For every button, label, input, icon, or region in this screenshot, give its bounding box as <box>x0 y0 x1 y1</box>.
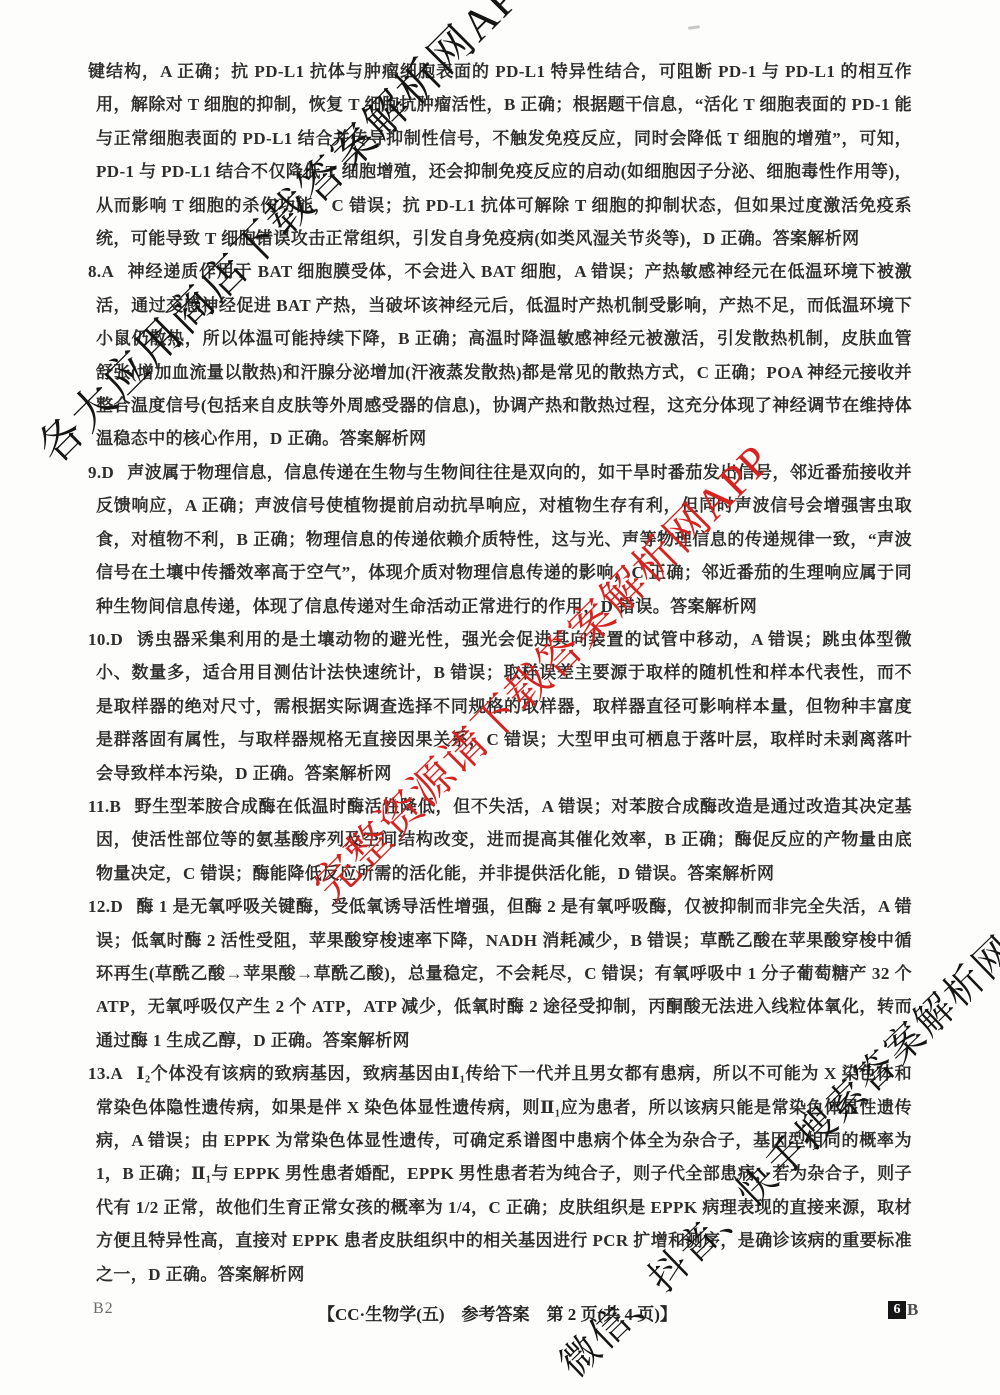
footer-badge-suffix: B <box>907 1300 918 1320</box>
answer-paragraph: 9.D声波属于物理信息，信息传递在生物与生物间往往是双向的，如干旱时番茄发出信号… <box>88 456 912 623</box>
footer-badge: 6 <box>888 1301 906 1319</box>
answer-text: 声波属于物理信息，信息传递在生物与生物间往往是双向的，如干旱时番茄发出信号，邻近… <box>96 463 912 616</box>
answer-text: 神经递质作用于 BAT 细胞膜受体，不会进入 BAT 细胞，A 错误；产热敏感神… <box>96 262 912 448</box>
answer-text: Ⅰ₂个体没有该病的致病基因，致病基因由Ⅰ₁传给下一代并且男女都有患病，所以不可能… <box>96 1064 912 1283</box>
question-number: 9.D <box>88 463 127 482</box>
answers-section: 键结构，A 正确；抗 PD-L1 抗体与肿瘤细胞表面的 PD-L1 特异性结合，… <box>88 55 912 1291</box>
footer-title: 【CC·生物学(五) 参考答案 第 2 页(共 4 页)】 <box>318 1300 677 1325</box>
question-number: 11.B <box>88 797 134 816</box>
answer-paragraph: 11.B野生型苯胺合成酶在低温时酶活性降低，但不失活，A 错误；对苯胺合成酶改造… <box>88 790 912 890</box>
answer-text: 酶 1 是无氧呼吸关键酶，受低氧诱导活性增强，但酶 2 是有氧呼吸酶，仅被抑制而… <box>96 897 912 1050</box>
question-number: 10.D <box>88 630 136 649</box>
question-number: 12.D <box>88 897 136 916</box>
question-number: 8.A <box>88 262 127 281</box>
answer-paragraph: 10.D诱虫器采集利用的是土壤动物的避光性，强光会促进其向装置的试管中移动，A … <box>88 623 912 790</box>
answer-text: 野生型苯胺合成酶在低温时酶活性降低，但不失活，A 错误；对苯胺合成酶改造是通过改… <box>96 797 912 883</box>
footer-code-left: B2 <box>93 1300 114 1318</box>
footer-code-right: 6B <box>888 1300 918 1320</box>
scan-artifact <box>688 25 700 30</box>
answer-paragraph: 13.AⅠ₂个体没有该病的致病基因，致病基因由Ⅰ₁传给下一代并且男女都有患病，所… <box>88 1057 912 1291</box>
answer-text: 诱虫器采集利用的是土壤动物的避光性，强光会促进其向装置的试管中移动，A 错误；跳… <box>96 630 912 783</box>
question-number: 13.A <box>88 1064 136 1083</box>
page-footer: B2 【CC·生物学(五) 参考答案 第 2 页(共 4 页)】 6B <box>0 1300 1000 1324</box>
scanned-answer-page: 键结构，A 正确；抗 PD-L1 抗体与肿瘤细胞表面的 PD-L1 特异性结合，… <box>0 0 1000 1395</box>
answer-paragraph: 12.D酶 1 是无氧呼吸关键酶，受低氧诱导活性增强，但酶 2 是有氧呼吸酶，仅… <box>88 890 912 1057</box>
answer-paragraph: 8.A神经递质作用于 BAT 细胞膜受体，不会进入 BAT 细胞，A 错误；产热… <box>88 255 912 455</box>
answer-text: 键结构，A 正确；抗 PD-L1 抗体与肿瘤细胞表面的 PD-L1 特异性结合，… <box>88 62 912 248</box>
answer-paragraph: 键结构，A 正确；抗 PD-L1 抗体与肿瘤细胞表面的 PD-L1 特异性结合，… <box>88 55 912 255</box>
